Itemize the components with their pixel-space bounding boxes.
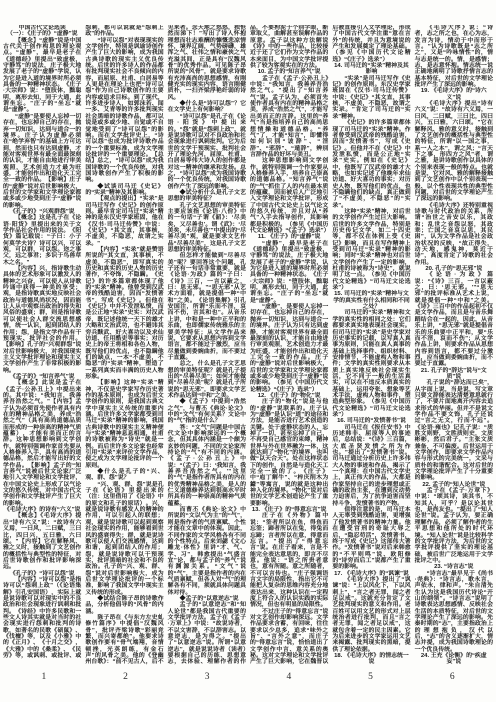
paragraph: 孟子在《孟子·万章下》中说：“颂其诗，读其书，不知其人，可乎？是以论其世也，是尚…	[415, 488, 493, 564]
paragraph: 《史记》的许多篇章都体现了司马迁的“实录”精神。作者曾受到汉武帝的残酷迫害，因而…	[332, 120, 410, 209]
paragraph: 【概念】《毛诗大序》提出“诗有六义”说：“故诗有六义焉，一曰风，二曰赋，三曰比，…	[3, 513, 81, 570]
section-heading: 24. 王充《论衡》的“疾虚妄”说	[415, 653, 493, 666]
paragraph: “虚静”是要使人忘掉一切存在，也忘掉自己的存在，抛弃一切知识，达到与道合一的境界…	[3, 114, 81, 209]
section-heading: 10. 孟子的“知言养气”说	[250, 69, 328, 75]
paragraph: 孟子在《孟子·公孙丑上》中说：“我知言，我善养吾浩然之气。”提出了“知言养气”说…	[250, 76, 328, 158]
paragraph: 答：“文气”问题是中国古代文论中影响深远的一个概念，但其具体内涵是一个颇为玄妙的…	[168, 425, 246, 507]
question-heading: ◆《孟子》中提到“浩然之气”，与曹丕《典论·论文》中的“文气”有何关系？文论中的…	[168, 399, 246, 424]
page-number: 2	[85, 672, 167, 682]
paragraph: 孔子文艺思想的审美特征主要应该指《论语·八佾》中的一句话“子谓《韶》：‘尽美矣，…	[168, 203, 246, 254]
document-columns: 中国古代文论选读（一）：《庄子的》“虚静”说【概念】“虚静”说是中国古代关于创作…	[3, 25, 493, 670]
paragraph: 【内容】兴，指诗歌生动具体的艺术形象可以激发人的精神之兴奋，可以使人从诗歌吟诵中…	[3, 266, 81, 374]
section-heading: 11. 《庄子》的“虚静”说	[250, 234, 328, 240]
paragraph: “虚静”，最早是老子在《道德经》里提出“致虚极，守静笃”的说法，庄子极大地发展了…	[250, 241, 328, 304]
section-heading: 17. 《毛诗大序》的“讽谏”说	[332, 571, 410, 577]
section-heading: 19. 《毛诗大序》的“诗六义”说	[415, 88, 493, 101]
paragraph: 【概念】“虚静”说是中国古代关于创作构思的理论观点。“虚静”，最早是老子在《道德…	[3, 38, 81, 114]
page-footer: 1 2 3 4 5 6	[3, 669, 493, 685]
section-heading: 18. 《毛诗大序》的情志统一说	[332, 653, 410, 666]
paragraph: 孔子说的“辞达而已矣”，从字面上说，当是说，写文章只要文辞能表达清楚意思就行了，…	[415, 380, 493, 482]
paragraph: 庄子的“物化”说是与他的“虚静”说联系的。庄子认为“虚静”是认识“道”的途径和方…	[250, 399, 328, 507]
paragraph: 而曹丕《典论·论文》中所说的“文以气为主”的“气”，则是指作者的气质禀赋、个性才…	[168, 507, 246, 596]
page-number: 4	[248, 672, 330, 682]
paragraph: “诗可以怨”是孔子在《论语·阳货》中提出来的。“怨”就是“怨刺上政”，就是说诗歌…	[168, 114, 246, 190]
paragraph: 庄子在《外物》篇中说：“筌者所以在鱼，得鱼而忘筌；蹄者所以在兔，得兔而忘蹄；言者…	[250, 513, 328, 608]
paragraph: 总之，什么是孔子文艺思想的审美特征呢？就是孔子提出的“尽善尽美”；如何才能做到“…	[168, 361, 246, 399]
paragraph: 《毛诗大序》提出“诗有六义”说：“故诗有六义焉，一曰风，二曰赋，三曰比，四曰兴，…	[415, 101, 493, 203]
paragraph: 《论语·为政》篇说：“《诗》三百，一言以蔽之，曰：‘思无邪。’”“思无邪”的批评…	[415, 272, 493, 367]
section-heading: 15. 司马迁的“实录”精神与文学的真实性有什么相同和不同之处？	[332, 291, 410, 310]
paragraph: “诗可以怨”对表现现实的文学创作，特别是讽谕诗创作产生了巨大的影响，成为我国古典…	[85, 38, 163, 184]
page-number: 5	[330, 672, 412, 682]
paragraph: 《毛诗大序》说：“诗者，志之所之也，在心为志，发言为诗，情动于中而形于言。”认为…	[415, 25, 493, 88]
paragraph: 【影响】这种“实录”精神，不仅是史学家写作历史著作的基本原则，也成为后世文学创作…	[85, 380, 163, 469]
paragraph: 《毛诗大序》提出了“讽谏”说：“上以风化下，下以风刺上”，“言之者无罪，闻之者足…	[332, 577, 410, 653]
paragraph: “诗言志”最早见于《尚书·尧典》：“诗言志，歌永言，声依永，律和声。”朱自清先生…	[415, 571, 493, 653]
page-number: 3	[166, 672, 248, 682]
page-number: 6	[411, 672, 493, 682]
paragraph: 值得注意的是，司马迁本人无辜受到残酷迫害，更增强了他发愤著书的精神力量。他在遭受…	[332, 507, 410, 570]
section-heading: （一）：《庄子的》“虚静”说	[3, 31, 81, 37]
paragraph: 【概念】这是孔子在《论语·阳货》里提出来的关于文学作品社会作用的说法。《阳货》篇…	[3, 215, 81, 266]
scanned-notes-page: 中国古代文论选读（一）：《庄子的》“虚静”说【概念】“虚静”说是中国古代关于创作…	[0, 0, 496, 702]
page-number: 1	[3, 672, 85, 682]
section-heading: 《孔子的》“诗可以怨”说	[3, 571, 81, 577]
paragraph: 这种思想影响到文学创作，就特别强调一个作家要从人格修养入手，培养自己崇高的道德品…	[250, 158, 328, 234]
section-heading: 14. 司马迁的“实录”精神及其影响	[332, 63, 410, 76]
question-heading: ◆试结合陈子昂的诗歌作品，分析他倡导的“风骨”的内涵。	[85, 596, 163, 615]
paragraph: 司马迁在《报任安书》中历述韩非、屈原等人的事迹后，总结说：“《诗》三百篇，大底圣…	[332, 425, 410, 507]
question-heading: ◆试分析什么是孔子文艺思想的审美特征？	[168, 190, 246, 203]
paragraph: 【概念】此说是孟子在《孟子·公孙丑上》中提出来的。其中说：“我知言，我善养吾浩然…	[3, 380, 81, 507]
paragraph: 但怎样才能做到“尽善尽美”呢？要回答这个问题，孔子还有一句话非常重要，就是《论语…	[168, 253, 246, 361]
section-heading: 21. 孔子的“辞达”说与“文质”说	[415, 368, 493, 381]
section-heading: 16. 司马迁的“发愤著书”说	[332, 418, 410, 424]
paragraph: 【观点的提出】“实录”是司马迁写作《史记》的创作原则。最早肯定司马迁“实录”精神…	[85, 196, 163, 247]
paragraph: “实录”是司马迁写作《史记》的创作原则。东汉史学家班固在《汉书·司马迁传赞》中说…	[332, 76, 410, 120]
paragraph: “兴、观、群、怨”说是孔子在《论语》里提出来的（注：这里借用了《论语》中的原文和…	[85, 482, 163, 596]
paragraph: 司马迁的“实录”精神和文学的真实性的相同之处：它们都要求真实地表现社会现实。但司…	[332, 310, 410, 418]
paragraph: 《毛诗大序》还特别重视诗歌与时代政治的关系，所谓“治世之音安以乐，其政和；乱世之…	[415, 203, 493, 266]
paragraph: “虚静”，是要使人忘掉一切存在，也忘掉自己的存在，抛弃一切知识，达到与道合一的境…	[250, 304, 328, 393]
paragraph: 这种“实录”精神，对后世的文学创作产生过巨大影响。后世的许多文学作品，特别是历史…	[332, 209, 410, 291]
question-heading: ◆什么是孔子的“兴、观、群、怨”说？	[85, 469, 163, 482]
question-heading: ◆什么是“诗可以怨”？它在文学史上有何影响？	[168, 101, 246, 114]
question-heading: ◆试谈司马迁《史记》的“实录”精神及其影响。	[85, 184, 163, 197]
paragraph: 【内容】“实录”就是赞语所说的“其文直，其事核，不虚美，不隐恶”，即写真实的历史…	[85, 247, 163, 380]
